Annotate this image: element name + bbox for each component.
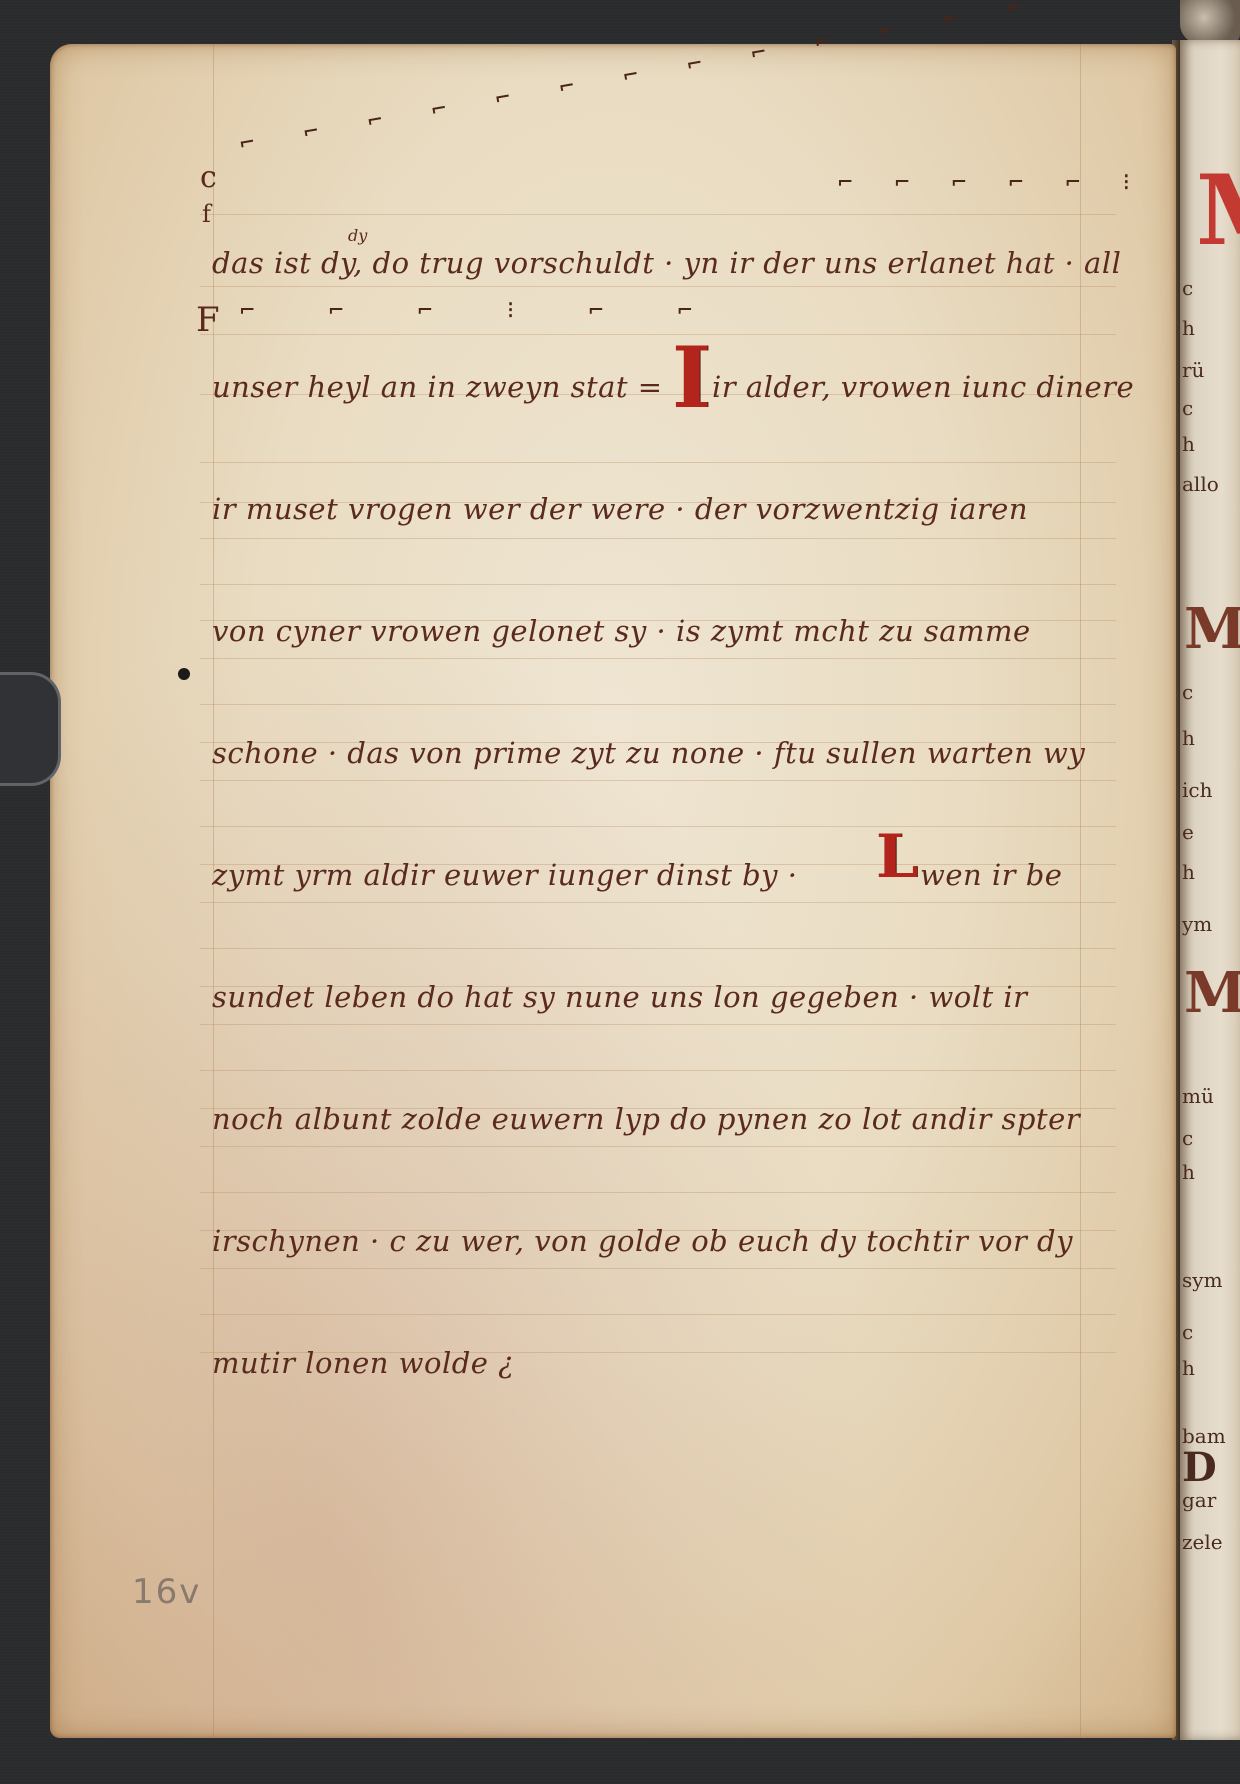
ruling-line <box>200 902 1116 903</box>
text-line-3: ir muset vrogen wer der were · der vorzw… <box>212 492 1028 526</box>
text-line-7: sundet leben do hat sy nune uns lon gege… <box>212 980 1028 1014</box>
ink-dot <box>178 668 190 680</box>
facing-text: allo <box>1182 472 1219 496</box>
interlinear-gloss: dy <box>348 226 367 245</box>
red-initial-l: L <box>876 822 918 892</box>
facing-text: h <box>1182 1160 1195 1184</box>
f-clef: f <box>202 200 211 228</box>
facing-text: h <box>1182 316 1195 340</box>
facing-text: ich <box>1182 778 1212 802</box>
ruling-line <box>1080 44 1081 1738</box>
ruling-line <box>200 1070 1116 1071</box>
facing-page: M c h rü c h allo M c h ich e h ym M mü … <box>1178 40 1240 1740</box>
facing-text: h <box>1182 432 1195 456</box>
text-line-2-continuation: ir alder, vrowen iunc dinere <box>712 370 1134 404</box>
facing-text: h <box>1182 860 1195 884</box>
facing-text: c <box>1182 680 1193 704</box>
ruling-line <box>200 658 1116 659</box>
facing-text: ym <box>1182 912 1212 936</box>
text-line-6-continuation: wen ir be <box>920 858 1062 892</box>
ruling-line <box>200 1146 1116 1147</box>
facing-text: zele <box>1182 1530 1223 1554</box>
facing-text: e <box>1182 820 1194 844</box>
facing-text: h <box>1182 1356 1195 1380</box>
ruling-line <box>200 1268 1116 1269</box>
facing-initial: D <box>1182 1444 1217 1491</box>
text-line-10: mutir lonen wolde ¿ <box>212 1346 514 1380</box>
ruling-line <box>200 286 1116 287</box>
facing-text: gar <box>1182 1488 1216 1512</box>
text-line-6: zymt yrm aldir euwer iunger dinst by · <box>212 858 797 892</box>
facing-red-initial: M <box>1196 154 1240 267</box>
red-initial-i: I <box>672 328 711 427</box>
text-line-8: noch albunt zolde euwern lyp do pynen zo… <box>212 1102 1080 1136</box>
ruling-line <box>200 948 1116 949</box>
ruling-line <box>200 826 1116 827</box>
c-clef: c <box>200 160 217 195</box>
text-line-5: schone · das von prime zyt zu none · ftu… <box>212 736 1085 770</box>
ruling-line <box>200 214 1116 215</box>
ruling-line <box>200 1314 1116 1315</box>
ruling-line <box>200 704 1116 705</box>
facing-initial: M <box>1184 596 1240 662</box>
ruling-line <box>200 1192 1116 1193</box>
neumes-staff-2: ⌐ ⌐ ⌐ ⁝ ⌐ ⌐ <box>240 296 722 324</box>
ruling-line <box>200 538 1116 539</box>
ruling-line <box>200 334 1116 335</box>
facing-text: sym <box>1182 1268 1223 1292</box>
facing-initial: M <box>1184 960 1240 1026</box>
text-line-4: von cyner vrowen gelonet sy · is zymt mc… <box>212 614 1031 648</box>
facing-text: c <box>1182 276 1193 300</box>
facing-text: c <box>1182 1320 1193 1344</box>
facing-text: c <box>1182 396 1193 420</box>
text-line-2: unser heyl an in zweyn stat = <box>212 370 663 404</box>
book-clasp <box>0 672 61 786</box>
binding-thread <box>1180 0 1240 44</box>
folio-number: 16v <box>132 1572 201 1612</box>
neumes-staff-1-right: ⌐ ⌐ ⌐ ⌐ ⌐ ⁝ <box>838 168 1144 196</box>
facing-text: rü <box>1182 358 1204 382</box>
ruling-line <box>200 584 1116 585</box>
facing-text: c <box>1182 1126 1193 1150</box>
text-line-9: irschynen · c zu wer, von golde ob euch … <box>212 1224 1073 1258</box>
ruling-line <box>200 1024 1116 1025</box>
facing-text: h <box>1182 726 1195 750</box>
ruling-line <box>200 462 1116 463</box>
facing-text: mü <box>1182 1084 1214 1108</box>
f-clef-staff-2: F <box>196 300 220 340</box>
text-line-1: das ist dy, do trug vorschuldt · yn ir d… <box>212 246 1121 280</box>
ruling-line <box>200 780 1116 781</box>
